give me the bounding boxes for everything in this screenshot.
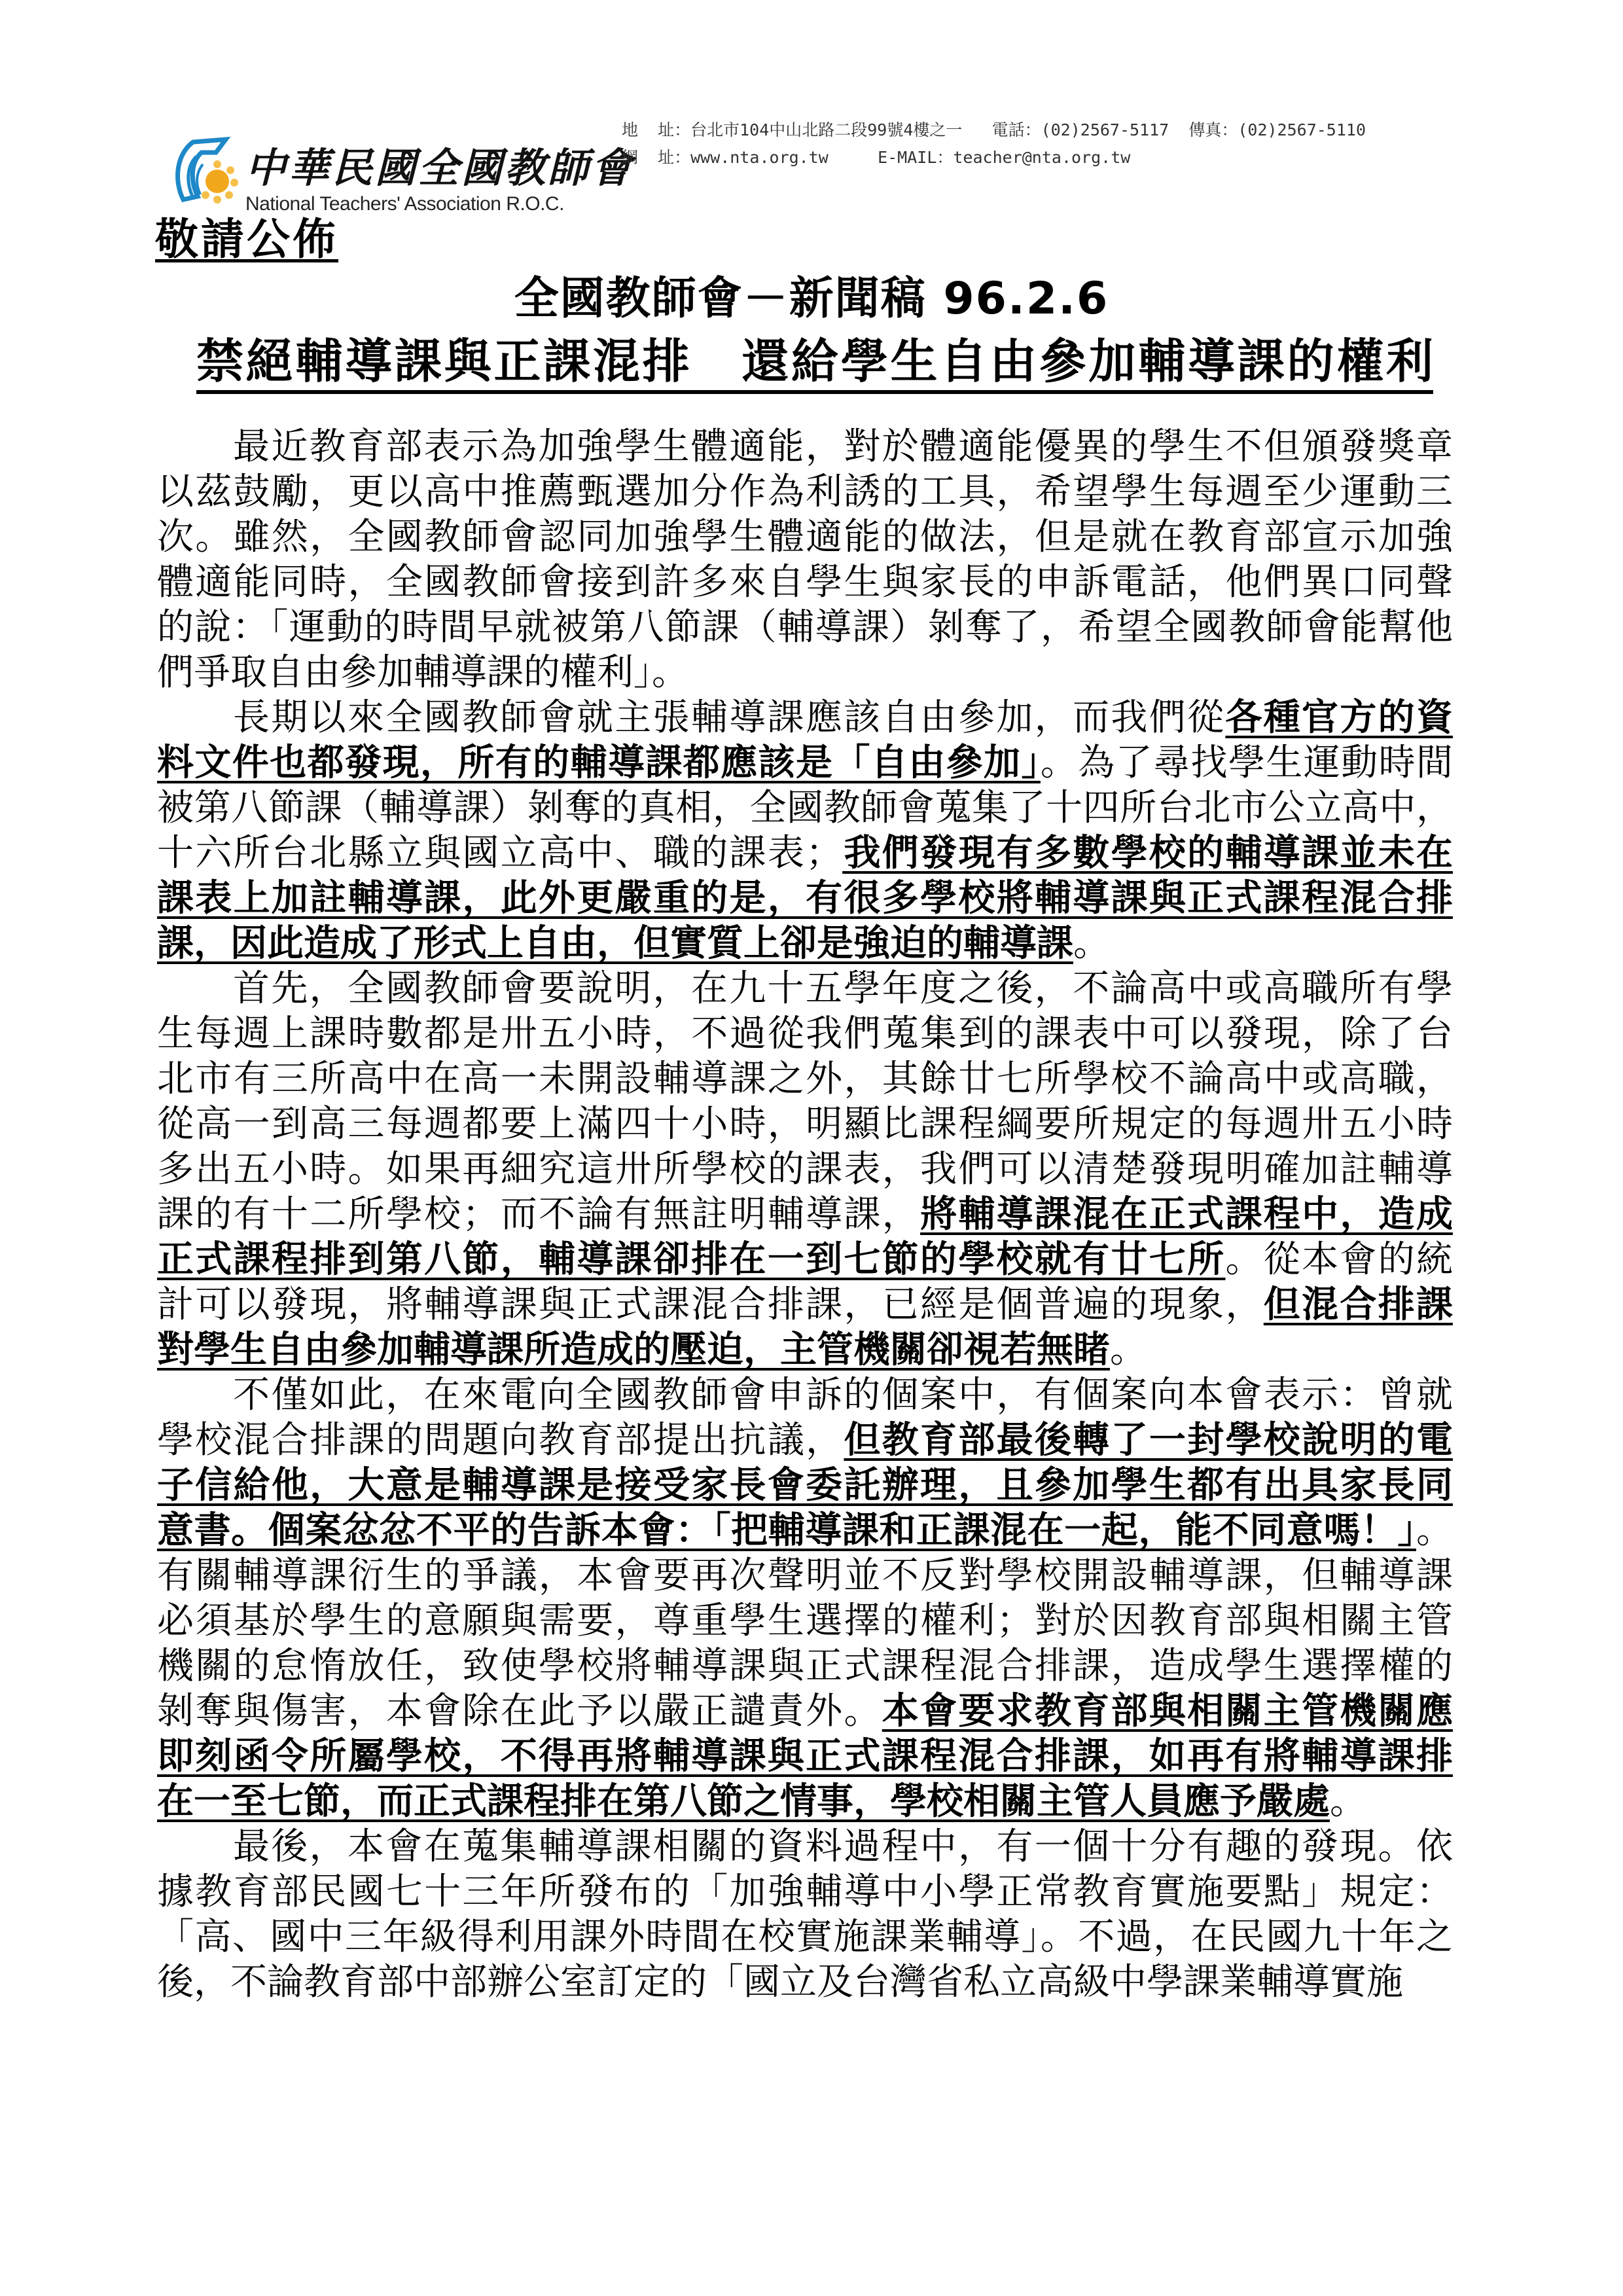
paragraph: 不僅如此，在來電向全國教師會申訴的個案中，有個案向本會表示：曾就學校混合排課的問… <box>157 1372 1453 1824</box>
body-text: 學校混合排課的問題向教育部提出抗議， <box>157 1419 844 1462</box>
body-text: 從高一到高三每週都要上滿四十小時，明顯比課程綱要所規定的每週卅五小時 <box>157 1103 1453 1145</box>
body-text: 機關的怠惰放任，致使學校將輔導課與正式課程混合排課，造成學生選擇權的 <box>157 1645 1453 1687</box>
text-line: 據教育部民國七十三年所發布的「加強輔導中小學正常教育實施要點」規定： <box>157 1869 1453 1914</box>
text-line: 課的有十二所學校；而不論有無註明輔導課，將輔導課混在正式課程中，造成 <box>157 1192 1453 1237</box>
text-line: 從高一到高三每週都要上滿四十小時，明顯比課程綱要所規定的每週卅五小時 <box>157 1102 1453 1147</box>
text-line: 子信給他，大意是輔導課是接受家長會委託辦理，且參加學生都有出具家長同 <box>157 1463 1453 1508</box>
text-line: 必須基於學生的意願與需要，尊重學生選擇的權利；對於因教育部與相關主管 <box>157 1598 1453 1643</box>
body-text: 以茲鼓勵，更以高中推薦甄選加分作為利誘的工具，希望學生每週至少運動三 <box>157 471 1453 513</box>
address-line: 地 址：台北市104中山北路二段99號4樓之一 電話：(02)2567-5117… <box>622 117 1366 144</box>
emphasized-text: 將輔導課混在正式課程中，造成 <box>920 1193 1453 1236</box>
emphasized-text: 即刻函令所屬學校，不得再將輔導課與正式課程混合排課，如再有將輔導課排 <box>157 1735 1453 1778</box>
text-line: 學校混合排課的問題向教育部提出抗議，但教育部最後轉了一封學校說明的電 <box>157 1418 1453 1463</box>
emphasized-text: 對學生自由參加輔導課所造成的壓迫，主管機關卻視若無睹 <box>157 1329 1110 1371</box>
body-text: 長期以來全國教師會就主張輔導課應該自由參加，而我們從 <box>233 696 1225 739</box>
text-line: 課表上加註輔導課，此外更嚴重的是，有很多學校將輔導課與正式課程混合排 <box>157 876 1453 921</box>
text-line: 的說：「運動的時間早就被第八節課（輔導課）剝奪了，希望全國教師會能幫他 <box>157 605 1453 650</box>
text-line: 被第八節課（輔導課）剝奪的真相，全國教師會蒐集了十四所台北市公立高中， <box>157 785 1453 831</box>
body-text: 。 <box>1416 1509 1453 1552</box>
text-line: 以茲鼓勵，更以高中推薦甄選加分作為利誘的工具，希望學生每週至少運動三 <box>157 469 1453 514</box>
emphasized-text: 正式課程排到第八節，輔導課卻排在一到七節的學校就有廿七所 <box>157 1238 1226 1281</box>
contact-info: 地 址：台北市104中山北路二段99號4樓之一 電話：(02)2567-5117… <box>622 117 1366 171</box>
body-text: 次。雖然，全國教師會認同加強學生體適能的做法，但是就在教育部宣示加強 <box>157 516 1453 558</box>
emphasized-text: 我們發現有多數學校的輔導課並未在 <box>842 832 1453 874</box>
body-text: 。 <box>1330 1780 1366 1823</box>
paragraph: 首先，全國教師會要說明，在九十五學年度之後，不論高中或高職所有學生每週上課時數都… <box>157 966 1453 1372</box>
text-line: 次。雖然，全國教師會認同加強學生體適能的做法，但是就在教育部宣示加強 <box>157 514 1453 560</box>
text-line: 剝奪與傷害，本會除在此予以嚴正譴責外。本會要求教育部與相關主管機關應 <box>157 1689 1453 1734</box>
text-line: 意書。個案忿忿不平的告訴本會：「把輔導課和正課混在一起，能不同意嗎！」。 <box>157 1508 1453 1553</box>
paragraph: 最近教育部表示為加強學生體適能，對於體適能優異的學生不但頒發獎章以茲鼓勵，更以高… <box>157 424 1453 695</box>
emphasized-text: 子信給他，大意是輔導課是接受家長會委託辦理，且參加學生都有出具家長同 <box>157 1464 1453 1507</box>
body-text: 被第八節課（輔導課）剝奪的真相，全國教師會蒐集了十四所台北市公立高中， <box>157 787 1453 829</box>
body-text: 體適能同時，全國教師會接到許多來自學生與家長的申訴電話，他們異口同聲 <box>157 561 1453 603</box>
text-line: 在一至七節，而正式課程排在第八節之情事，學校相關主管人員應予嚴處。 <box>157 1779 1453 1824</box>
body-text: 。 <box>1110 1329 1147 1371</box>
body-text: 最近教育部表示為加強學生體適能，對於體適能優異的學生不但頒發獎章 <box>233 425 1453 468</box>
paragraph: 長期以來全國教師會就主張輔導課應該自由參加，而我們從各種官方的資料文件也都發現，… <box>157 695 1453 966</box>
body-text: 最後，本會在蒐集輔導課相關的資料過程中，有一個十分有趣的發現。依 <box>233 1825 1453 1868</box>
text-line: 計可以發現，將輔導課與正式課混合排課，已經是個普遍的現象，但混合排課 <box>157 1282 1453 1327</box>
text-line: 多出五小時。如果再細究這卅所學校的課表，我們可以清楚發現明確加註輔導 <box>157 1147 1453 1192</box>
emphasized-text: 在一至七節，而正式課程排在第八節之情事，學校相關主管人員應予嚴處 <box>157 1780 1330 1823</box>
emphasized-text: 課，因此造成了形式上自由，但實質上卻是強迫的輔導課 <box>157 922 1073 965</box>
body-text: 不僅如此，在來電向全國教師會申訴的個案中，有個案向本會表示：曾就 <box>233 1374 1453 1416</box>
body-text: 十六所台北縣立與國立高中、職的課表； <box>157 832 842 874</box>
text-line: 有關輔導課衍生的爭議，本會要再次聲明並不反對學校開設輔導課，但輔導課 <box>157 1553 1453 1598</box>
text-line: 即刻函令所屬學校，不得再將輔導課與正式課程混合排課，如再有將輔導課排 <box>157 1734 1453 1779</box>
body-text: 「高、國中三年級得利用課外時間在校實施課業輔導」。不過，在民國九十年之 <box>157 1916 1453 1958</box>
body-text: 計可以發現，將輔導課與正式課混合排課，已經是個普遍的現象， <box>157 1283 1264 1326</box>
nta-logo-icon <box>170 134 242 209</box>
text-line: 首先，全國教師會要說明，在九十五學年度之後，不論高中或高職所有學 <box>157 966 1453 1011</box>
body-text: 首先，全國教師會要說明，在九十五學年度之後，不論高中或高職所有學 <box>233 967 1453 1010</box>
body-text: 北市有三所高中在高一未開設輔導課之外，其餘廿七所學校不論高中或高職， <box>157 1058 1453 1100</box>
body-text: 有關輔導課衍生的爭議，本會要再次聲明並不反對學校開設輔導課，但輔導課 <box>157 1554 1453 1597</box>
body-text: 必須基於學生的意願與需要，尊重學生選擇的權利；對於因教育部與相關主管 <box>157 1600 1453 1642</box>
emphasized-text: 料文件也都發現，所有的輔導課都應該是「自由參加」 <box>157 742 1041 784</box>
paragraph: 最後，本會在蒐集輔導課相關的資料過程中，有一個十分有趣的發現。依據教育部民國七十… <box>157 1824 1453 2005</box>
emphasized-text: 本會要求教育部與相關主管機關應 <box>882 1690 1453 1732</box>
text-line: 正式課程排到第八節，輔導課卻排在一到七節的學校就有廿七所。從本會的統 <box>157 1237 1453 1282</box>
text-line: 們爭取自由參加輔導課的權利」。 <box>157 650 1453 695</box>
text-line: 體適能同時，全國教師會接到許多來自學生與家長的申訴電話，他們異口同聲 <box>157 560 1453 605</box>
text-line: 不僅如此，在來電向全國教師會申訴的個案中，有個案向本會表示：曾就 <box>157 1372 1453 1418</box>
body-text: 們爭取自由參加輔導課的權利」。 <box>157 651 688 694</box>
body-text: 的說：「運動的時間早就被第八節課（輔導課）剝奪了，希望全國教師會能幫他 <box>157 606 1453 649</box>
body-text: 。從本會的統 <box>1226 1238 1454 1281</box>
emphasized-text: 但教育部最後轉了一封學校說明的電 <box>844 1419 1453 1462</box>
emphasized-text: 各種官方的資 <box>1225 696 1453 739</box>
publish-note: 敬請公佈 <box>155 204 338 266</box>
text-line: 最近教育部表示為加強學生體適能，對於體適能優異的學生不但頒發獎章 <box>157 424 1453 469</box>
web-email-line: 網 址：www.nta.org.tw E-MAIL：teacher@nta.or… <box>622 144 1366 171</box>
body-text: 多出五小時。如果再細究這卅所學校的課表，我們可以清楚發現明確加註輔導 <box>157 1148 1453 1191</box>
text-line: 十六所台北縣立與國立高中、職的課表；我們發現有多數學校的輔導課並未在 <box>157 831 1453 876</box>
body-text: 剝奪與傷害，本會除在此予以嚴正譴責外。 <box>157 1690 882 1732</box>
headline: 禁絕輔導課與正課混排 還給學生自由參加輔導課的權利 <box>196 332 1433 394</box>
text-line: 對學生自由參加輔導課所造成的壓迫，主管機關卻視若無睹。 <box>157 1327 1453 1372</box>
emphasized-text: 意書。個案忿忿不平的告訴本會：「把輔導課和正課混在一起，能不同意嗎！」 <box>157 1509 1416 1552</box>
body-text: 後，不論教育部中部辦公室訂定的「國立及台灣省私立高級中學課業輔導實施 <box>157 1961 1403 2003</box>
body-text: 據教育部民國七十三年所發布的「加強輔導中小學正常教育實施要點」規定： <box>157 1871 1453 1913</box>
text-line: 後，不論教育部中部辦公室訂定的「國立及台灣省私立高級中學課業輔導實施 <box>157 1960 1453 2005</box>
emphasized-text: 但混合排課 <box>1264 1283 1453 1326</box>
article-body: 最近教育部表示為加強學生體適能，對於體適能優異的學生不但頒發獎章以茲鼓勵，更以高… <box>157 424 1453 2005</box>
text-line: 料文件也都發現，所有的輔導課都應該是「自由參加」。為了尋找學生運動時間 <box>157 740 1453 785</box>
text-line: 機關的怠惰放任，致使學校將輔導課與正式課程混合排課，造成學生選擇權的 <box>157 1643 1453 1689</box>
body-text: 生每週上課時數都是卅五小時，不過從我們蒐集到的課表中可以發現，除了台 <box>157 1013 1453 1055</box>
org-name-cn: 中華民國全國教師會 <box>245 135 634 194</box>
release-title: 全國教師會－新聞稿 96.2.6 <box>0 263 1623 327</box>
text-line: 北市有三所高中在高一未開設輔導課之外，其餘廿七所學校不論高中或高職， <box>157 1056 1453 1102</box>
body-text: 課的有十二所學校；而不論有無註明輔導課， <box>157 1193 920 1236</box>
text-line: 最後，本會在蒐集輔導課相關的資料過程中，有一個十分有趣的發現。依 <box>157 1824 1453 1869</box>
emphasized-text: 課表上加註輔導課，此外更嚴重的是，有很多學校將輔導課與正式課程混合排 <box>157 877 1453 920</box>
body-text: 。為了尋找學生運動時間 <box>1041 742 1453 784</box>
text-line: 「高、國中三年級得利用課外時間在校實施課業輔導」。不過，在民國九十年之 <box>157 1914 1453 1960</box>
body-text: 。 <box>1073 922 1110 965</box>
text-line: 生每週上課時數都是卅五小時，不過從我們蒐集到的課表中可以發現，除了台 <box>157 1011 1453 1056</box>
text-line: 課，因此造成了形式上自由，但實質上卻是強迫的輔導課。 <box>157 921 1453 966</box>
text-line: 長期以來全國教師會就主張輔導課應該自由參加，而我們從各種官方的資 <box>157 695 1453 740</box>
